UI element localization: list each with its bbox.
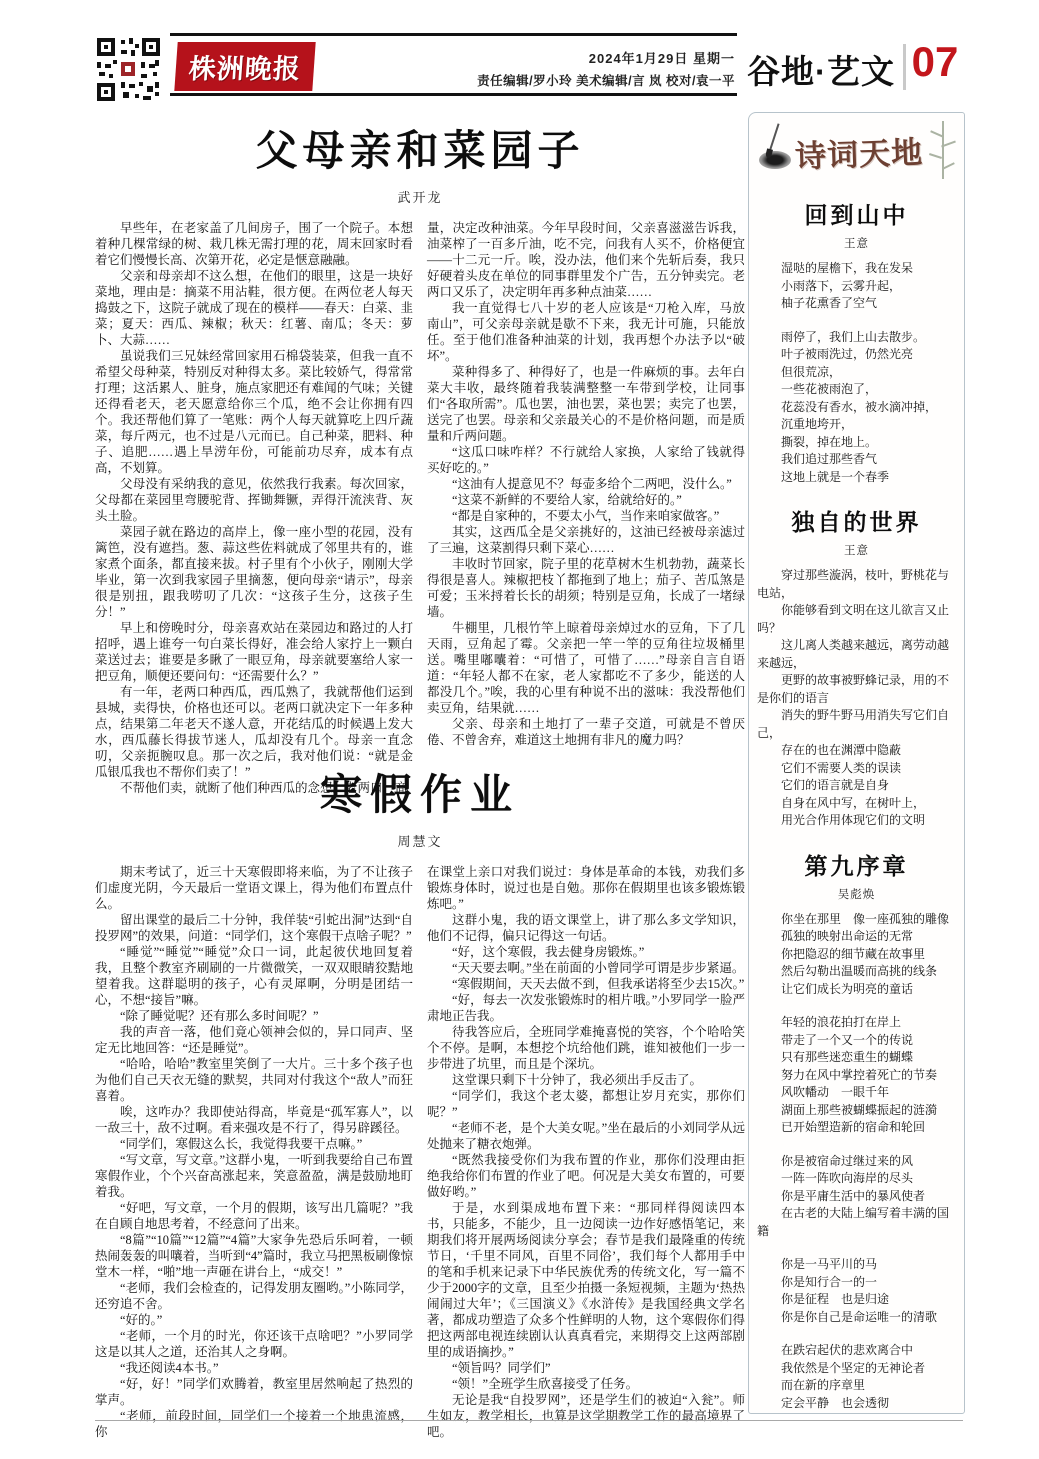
- article-paragraph: “好，每去一次发张锻炼时的相片哦。”小罗同学一脸严肃地正告我。: [427, 992, 745, 1024]
- poem-line: 你是征程 也是归途: [757, 1291, 956, 1309]
- poem: 独自的世界王意穿过那些漩涡，枝叶，野桃花与电站，你能够看到文明在这儿欲言又止吗？…: [757, 504, 956, 830]
- article-title: 寒假作业: [95, 762, 745, 822]
- article-paragraph: “领旨吗？同学们”: [427, 1360, 745, 1376]
- poem-line: 这地上就是一个春季: [757, 469, 956, 487]
- poem-line: 雨停了，我们上山去散步。: [757, 329, 956, 347]
- poem-line: 在古老的大陆上编写着丰满的国籍: [757, 1205, 956, 1240]
- qr-code-icon: [95, 36, 162, 103]
- poem-author: 王意: [757, 235, 956, 251]
- poem-line: 年轻的浪花拍打在岸上: [757, 1014, 956, 1032]
- article-author: 武开龙: [95, 187, 745, 206]
- article-paragraph: 留出课堂的最后二十分钟，我佯装“引蛇出洞”达到“自投罗网”的效果，问道：“同学们…: [95, 912, 413, 944]
- poem-line: 小雨落下，云雾升起，: [757, 278, 956, 296]
- poem-stanza: 你是被宿命过继过来的风一阵一阵吹向海岸的尽头你是平庸生活中的暴风使者在古老的大陆…: [757, 1153, 956, 1241]
- poem-title: 独自的世界: [757, 504, 956, 537]
- article-paragraph: “好的。”: [95, 1312, 413, 1328]
- article-paragraph: “领！”全班学生欣喜接受了任务。: [427, 1376, 745, 1392]
- poem-line: 孤独的映射出命运的无常: [757, 928, 956, 946]
- poem-line: 你能够看到文明在这儿欲言又止吗？: [757, 602, 956, 637]
- publication-date: 2024年1月29日 星期一: [380, 48, 735, 67]
- poem-line: 带走了一个又一个的传说: [757, 1032, 956, 1050]
- newspaper-page: 株洲晚报 2024年1月29日 星期一 责任编辑/罗小玲 美术编辑/言 岚 校对…: [0, 0, 1039, 1459]
- article-winter-homework: 寒假作业 周慧文 期末考试了，近三十天寒假即将来临，为了不让孩子们虚度光阴，今天…: [95, 762, 745, 1412]
- article-paragraph: “哈哈，哈哈”教室里笑倒了一大片。三十多个孩子也为他们自己天衣无缝的默契，共同对…: [95, 1056, 413, 1104]
- article-paragraph: 在课堂上亲口对我们说过：身体是革命的本钱，劝我们多锻炼身体时，说过也是自勉。那你…: [427, 864, 745, 912]
- article-paragraph: 牛棚里，几根竹竿上晾着母亲焯过水的豆角，下了几天雨，豆角起了霉。父亲把一竿一竿的…: [427, 620, 745, 716]
- poem-stanza: 雨停了，我们上山去散步。叶子被雨洗过，仍然光亮但很荒凉，一些花被雨泡了，花蕊没有…: [757, 329, 956, 487]
- poem-line: 它们的语言就是自身: [757, 777, 956, 795]
- article-paragraph: 菜园子就在路边的高岸上，像一座小型的花园，没有篱笆，没有遮挡。葱、蒜这些佐料就成…: [95, 524, 413, 620]
- poem-line: 让它们成长为明亮的童话: [757, 981, 956, 999]
- poem-title: 第九序章: [757, 848, 956, 881]
- section-divider: [903, 44, 906, 90]
- article-paragraph: “这菜不新鲜的不要给人家，给就给好的。”: [427, 492, 745, 508]
- poem-line: 穿过那些漩涡，枝叶，野桃花与电站，: [757, 567, 956, 602]
- masthead-logo: 株洲晚报: [174, 42, 315, 91]
- poem-line: 叶子被雨洗过，仍然光亮: [757, 346, 956, 364]
- poem-line: 你把隐忍的细节藏在故事里: [757, 946, 956, 964]
- poem-line: 柚子花熏香了空气: [757, 295, 956, 313]
- poetry-section-title: 诗词天地: [794, 127, 923, 176]
- inkstone-brush-icon: [757, 125, 793, 173]
- poem-stanza: 你坐在那里 像一座孤独的雕像孤独的映射出命运的无常你把隐忍的细节藏在故事里然后勾…: [757, 911, 956, 999]
- article-paragraph: 量，决定改种油菜。今年早段时间，父亲喜滋滋告诉我，油菜榨了一百多斤油，吃不完，问…: [427, 220, 745, 300]
- poem-line: 我们追过那些香气: [757, 451, 956, 469]
- header-rule-top: [170, 33, 737, 36]
- poetry-section-header: 诗词天地: [757, 119, 956, 181]
- article-paragraph: “老师，前段时间，同学们一个接着一个地患流感，你: [95, 1408, 413, 1440]
- article-paragraph: “除了睡觉呢？还有那么多时间呢？”: [95, 1008, 413, 1024]
- poem: 第九序章吴彪焕你坐在那里 像一座孤独的雕像孤独的映射出命运的无常你把隐忍的细节藏…: [757, 848, 956, 1413]
- poem-line: 撕裂，掉在地上。: [757, 434, 956, 452]
- article-paragraph: “老师，我们会检查的，记得发朋友圈哟。”小陈同学，还穷追不舍。: [95, 1280, 413, 1312]
- poem-line: 这儿离人类越来越远，离劳动越来越远，: [757, 637, 956, 672]
- article-paragraph: 早些年，在老家盖了几间房子，围了一个院子。本想着种几棵常绿的树、栽几株无需打理的…: [95, 220, 413, 268]
- article-columns: 早些年，在老家盖了几间房子，围了一个院子。本想着种几棵常绿的树、栽几株无需打理的…: [95, 220, 745, 796]
- poem-line: 一些花被雨泡了，: [757, 381, 956, 399]
- article-paragraph: “寒假期间，天天去做不到，但我承诺将至少去15次。”: [427, 976, 745, 992]
- poem-line: 已开始塑造新的宿命和轮回: [757, 1119, 956, 1137]
- article-paragraph: “好，好！”同学们欢腾着，教室里居然响起了热烈的掌声。: [95, 1376, 413, 1408]
- page-number: 07: [908, 38, 962, 86]
- poem-line: 然后勾勒出温暖而高挑的线条: [757, 963, 956, 981]
- article-paragraph: 这群小鬼，我的语文课堂上，讲了那么多文学知识，他们不记得，偏只记得这一句话。: [427, 912, 745, 944]
- poem-line: 消失的野牛野马用消失写它们自己，: [757, 707, 956, 742]
- poem-author: 吴彪焕: [757, 886, 956, 902]
- poem-line: 湖面上那些被蝴蝶振起的涟漪: [757, 1102, 956, 1120]
- poem-line: 你是你自己是命运唯一的清歌: [757, 1309, 956, 1327]
- article-paragraph: “我还阅读4本书。”: [95, 1360, 413, 1376]
- poem-line: 在跌宕起伏的悲欢离合中: [757, 1342, 956, 1360]
- article-parents-and-garden: 父母亲和菜园子 武开龙 早些年，在老家盖了几间房子，围了一个院子。本想着种几棵常…: [95, 118, 745, 746]
- article-paragraph: 唉，这咋办？我即使站得高，毕竟是“孤军寡人”，以一敌三十，敌不过啊。看来强攻是不…: [95, 1104, 413, 1136]
- poetry-sidebar: 诗词天地 回到山中王意湿哒的屋檐下，我在发呆小雨落下，云雾升起，柚子花熏香了空气…: [748, 112, 965, 1414]
- article-paragraph: “好，这个寒假，我去健身房锻炼。”: [427, 944, 745, 960]
- section-title: 谷地·艺文: [742, 46, 900, 93]
- article-paragraph: 丰收时节回家，院子里的花草树木生机勃勃，蔬菜长得很是喜人。辣椒把枝丫都拖到了地上…: [427, 556, 745, 620]
- poem-line: 我依然是个坚定的无神论者: [757, 1360, 956, 1378]
- poem-line: 自身在风中写，在树叶上，: [757, 795, 956, 813]
- poem-line: 你是平庸生活中的暴风使者: [757, 1188, 956, 1206]
- poem-line: 你是一马平川的马: [757, 1256, 956, 1274]
- poem-stanza: 穿过那些漩涡，枝叶，野桃花与电站，你能够看到文明在这儿欲言又止吗？这儿离人类越来…: [757, 567, 956, 830]
- poem-line: 努力在风中掌控着死亡的节奏: [757, 1067, 956, 1085]
- article-paragraph: “好吧，写文章，一个月的假期，该写出几篇呢？”我在自顾自地思考着，不经意问了出来…: [95, 1200, 413, 1232]
- article-author: 周慧文: [95, 831, 745, 850]
- article-paragraph: 这堂课只剩下十分钟了，我必须出手反击了。: [427, 1072, 745, 1088]
- poem-stanza: 湿哒的屋檐下，我在发呆小雨落下，云雾升起，柚子花熏香了空气: [757, 260, 956, 313]
- article-paragraph: “8篇”“10篇”“12篇”“4篇”大家争先恐后乐呵着，一顿热闹轰轰的叫嚷着，当…: [95, 1232, 413, 1280]
- article-paragraph: “同学们，寒假这么长，我觉得我要干点嘛。”: [95, 1136, 413, 1152]
- bamboo-icon: [928, 121, 958, 179]
- article-paragraph: “老师不老，是个大美女呢。”坐在最后的小刘同学从远处抛来了糖衣炮弹。: [427, 1120, 745, 1152]
- poem-line: 存在的也在渊潭中隐蔽: [757, 742, 956, 760]
- article-column: 早些年，在老家盖了几间房子，围了一个院子。本想着种几棵常绿的树、栽几株无需打理的…: [95, 220, 413, 796]
- poem-title: 回到山中: [757, 197, 956, 230]
- poem: 回到山中王意湿哒的屋檐下，我在发呆小雨落下，云雾升起，柚子花熏香了空气雨停了，我…: [757, 197, 956, 486]
- article-paragraph: “老师，一个月的时光，你还该干点啥吧？”小罗同学这是以其人之道，还治其人之身啊。: [95, 1328, 413, 1360]
- article-paragraph: 于是，水到渠成地布置下来：“那同样得阅读四本书，只能多，不能少，且一边阅读一边作…: [427, 1200, 745, 1360]
- poem-stanza: 在跌宕起伏的悲欢离合中我依然是个坚定的无神论者而在新的序章里定会平静 也会透彻: [757, 1342, 956, 1412]
- article-paragraph: 待我答应后，全班同学难掩喜悦的笑容，个个哈哈笑个不停。是啊，本想挖个坑给他们跳，…: [427, 1024, 745, 1072]
- article-paragraph: 早上和傍晚时分，母亲喜欢站在菜园边和路过的人打招呼，遇上谁夸一句白菜长得好，准会…: [95, 620, 413, 684]
- article-paragraph: 父亲和母亲却不这么想，在他们的眼里，这是一块好菜地，理由是：摘菜不用沾鞋，很方便…: [95, 268, 413, 348]
- poems-container: 回到山中王意湿哒的屋檐下，我在发呆小雨落下，云雾升起，柚子花熏香了空气雨停了，我…: [757, 197, 956, 1412]
- article-paragraph: “都是自家种的，不要太小气，当作来咱家做客。”: [427, 508, 745, 524]
- article-paragraph: “这油有人提意见不？每壶多给个二两吧，没什么。”: [427, 476, 745, 492]
- article-paragraph: “同学们，我这个老太婆，都想让岁月充实，那你们呢？”: [427, 1088, 745, 1120]
- article-paragraph: 其实，这西瓜全是父亲挑好的，这油已经被母亲滤过了三遍，这菜割得只剩下菜心……: [427, 524, 745, 556]
- poem-line: 而在新的序章里: [757, 1377, 956, 1395]
- header-rule-bottom: [170, 93, 737, 96]
- poem-line: 它们不需要人类的误读: [757, 760, 956, 778]
- article-title: 父母亲和菜园子: [95, 118, 745, 178]
- article-paragraph: “睡觉”“睡觉”“睡觉”众口一词，此起彼伏地回复着我，且整个教室齐刷刷的一片微微…: [95, 944, 413, 1008]
- header-dateblock: 2024年1月29日 星期一 责任编辑/罗小玲 美术编辑/言 岚 校对/袁一平: [380, 48, 735, 89]
- poem-stanza: 你是一马平川的马你是知行合一的一你是征程 也是归途你是你自己是命运唯一的清歌: [757, 1256, 956, 1326]
- poem-line: 湿哒的屋檐下，我在发呆: [757, 260, 956, 278]
- editors-line: 责任编辑/罗小玲 美术编辑/言 岚 校对/袁一平: [380, 71, 735, 89]
- poem-stanza: 年轻的浪花拍打在岸上带走了一个又一个的传说只有那些迷恋重生的蝴蝶努力在风中掌控着…: [757, 1014, 956, 1137]
- poem-author: 王意: [757, 542, 956, 558]
- article-paragraph: 菜种得多了、种得好了，也是一件麻烦的事。去年白菜大丰收，最终随着我装满整整一车带…: [427, 364, 745, 444]
- article-paragraph: “天天要去啊。”坐在前面的小曾同学可谓是步步紧逼。: [427, 960, 745, 976]
- poem-line: 定会平静 也会透彻: [757, 1395, 956, 1413]
- poem-line: 花蕊没有香水，被水滴冲掉，: [757, 399, 956, 417]
- poem-line: 你是被宿命过继过来的风: [757, 1153, 956, 1171]
- article-column: 在课堂上亲口对我们说过：身体是革命的本钱，劝我们多锻炼身体时，说过也是自勉。那你…: [427, 864, 745, 1440]
- article-paragraph: 父母没有采纳我的意见，依然我行我素。每次回家，父母都在菜园里弯腰驼背、挥锄舞镢，…: [95, 476, 413, 524]
- poem-line: 风吹幡动 一眼千年: [757, 1084, 956, 1102]
- poem-line: 你坐在那里 像一座孤独的雕像: [757, 911, 956, 929]
- article-paragraph: 虽说我们三兄妹经常回家用石棉袋装菜，但我一直不希望父母种菜，特别反对种得太多。菜…: [95, 348, 413, 476]
- poem-line: 一阵一阵吹向海岸的尽头: [757, 1170, 956, 1188]
- article-columns: 期末考试了，近三十天寒假即将来临，为了不让孩子们虚度光阴，今天最后一堂语文课上，…: [95, 864, 745, 1440]
- article-paragraph: “写文章，写文章。”这群小鬼，一听到我要给自己布置寒假作业，个个兴奋高涨起来，笑…: [95, 1152, 413, 1200]
- article-column: 量，决定改种油菜。今年早段时间，父亲喜滋滋告诉我，油菜榨了一百多斤油，吃不完，问…: [427, 220, 745, 796]
- poem-line: 但很荒凉，: [757, 364, 956, 382]
- article-paragraph: 父亲、母亲和土地打了一辈子交道，可就是不曾厌倦、不曾舍弃，难道这土地拥有非凡的魔…: [427, 716, 745, 748]
- article-paragraph: 我一直觉得七八十岁的老人应该是“刀枪入库，马放南山”，可父亲母亲就是歇不下来，我…: [427, 300, 745, 364]
- article-paragraph: 期末考试了，近三十天寒假即将来临，为了不让孩子们虚度光阴，今天最后一堂语文课上，…: [95, 864, 413, 912]
- poem-line: 用光合作用体现它们的文明: [757, 812, 956, 830]
- poem-line: 只有那些迷恋重生的蝴蝶: [757, 1049, 956, 1067]
- bottom-rule: [95, 1420, 963, 1421]
- article-paragraph: “既然我接受你们为我布置的作业，那你们没理由拒绝我给你们布置的作业了吧。何况是大…: [427, 1152, 745, 1200]
- article-paragraph: 我的声音一落，他们竟心领神会似的，异口同声、坚定无比地回答：“还是睡觉”。: [95, 1024, 413, 1056]
- poem-line: 沉重地垮开，: [757, 416, 956, 434]
- poem-line: 你是知行合一的一: [757, 1274, 956, 1292]
- article-column: 期末考试了，近三十天寒假即将来临，为了不让孩子们虚度光阴，今天最后一堂语文课上，…: [95, 864, 413, 1440]
- article-paragraph: 无论是我“自投罗网”，还是学生们的被迫“入瓮”。师生如友，教学相长，也算是这学期…: [427, 1392, 745, 1440]
- article-paragraph: “这瓜口味咋样？不行就给人家换，人家给了钱就得买好吃的。”: [427, 444, 745, 476]
- poem-line: 更野的故事被野蜂记录，用的不是你们的语言: [757, 672, 956, 707]
